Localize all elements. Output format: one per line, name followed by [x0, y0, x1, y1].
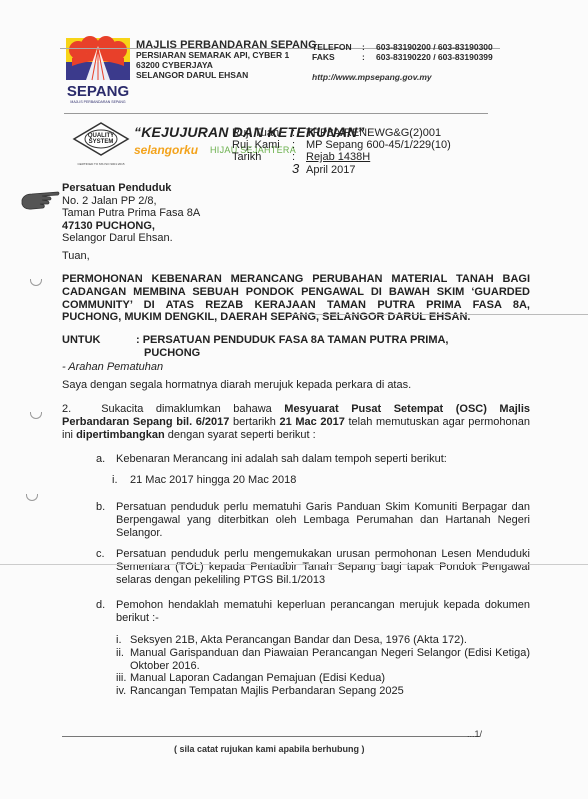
untuk-block: UNTUK: PERSATUAN PENDUDUK FASA 8A TAMAN … [62, 334, 449, 359]
reference-block: Ruj. Tuan:TPP8A/RENEWG&G(2)001 Ruj. Kami… [232, 127, 451, 176]
document-item: iv.Rancangan Tempatan Majlis Perbandaran… [116, 685, 530, 698]
fax-row: FAKS:603-83190220 / 603-83190399 [312, 52, 493, 62]
document-item: ii.Manual Garispanduan dan Piawaian Pera… [116, 647, 530, 673]
phone-row: TELEFON:603-83190200 / 603-83190300 [312, 42, 493, 52]
handwritten-day: 3 [292, 163, 306, 175]
scan-line [290, 314, 588, 315]
header-divider [64, 113, 488, 114]
page-continuation: ...1/ [467, 729, 482, 739]
condition-a-sub-i: i.21 Mac 2017 hingga 20 Mac 2018 [112, 474, 296, 487]
paragraph-2: 2.Sukacita dimaklumkan bahawa Mesyuarat … [62, 403, 530, 441]
opening-paragraph: Saya dengan segala hormatnya diarah meru… [62, 379, 411, 392]
svg-text:MAJLIS PERBANDARAN SEPANG: MAJLIS PERBANDARAN SEPANG [70, 100, 125, 104]
document-item: i.Seksyen 21B, Akta Perancangan Bandar d… [116, 634, 530, 647]
condition-b: b. Persatuan penduduk perlu mematuhi Gar… [96, 501, 530, 539]
contact-block: TELEFON:603-83190200 / 603-83190300 FAKS… [312, 42, 493, 62]
phone-value: 603-83190200 / 603-83190300 [376, 42, 493, 52]
address-line: PERSIARAN SEMARAK API, CYBER 1 [136, 50, 317, 60]
condition-d-document-list: i.Seksyen 21B, Akta Perancangan Bandar d… [116, 634, 530, 698]
punch-hole-mark [30, 412, 42, 419]
ref-kami-row: Ruj. Kami:MP Sepang 600-45/1/229(10) [232, 139, 451, 151]
address-line: SELANGOR DARUL EHSAN [136, 70, 317, 80]
quality-system-badge: QUALITY SYSTEM CERTIFIED TO MS ISO 9001:… [68, 121, 134, 173]
punch-hole-mark [26, 494, 38, 501]
footer-note: ( sila catat rujukan kami apabila berhub… [174, 744, 365, 754]
pointing-hand-icon [20, 188, 60, 216]
organization-block: MAJLIS PERBANDARAN SEPANG PERSIARAN SEMA… [136, 40, 317, 80]
address-line: 63200 CYBERJAYA [136, 60, 317, 70]
salutation: Tuan, [62, 250, 90, 262]
svg-text:SYSTEM: SYSTEM [89, 139, 114, 145]
sepang-logo: SEPANG MAJLIS PERBANDARAN SEPANG [64, 36, 132, 106]
condition-d: d. Pemohon hendaklah mematuhi keperluan … [96, 599, 530, 625]
condition-a: a.Kebenaran Merancang ini adalah sah dal… [96, 453, 447, 466]
ref-tuan-row: Ruj. Tuan:TPP8A/RENEWG&G(2)001 [232, 127, 451, 139]
scan-line [0, 564, 588, 565]
recipient-name: Persatuan Penduduk [62, 182, 200, 195]
date-row: Tarikh:Rejab 1438H [232, 151, 451, 163]
svg-text:CERTIFIED TO MS ISO 9001:2015: CERTIFIED TO MS ISO 9001:2015 [77, 162, 124, 166]
date-gregorian-row: 3April 2017 [232, 163, 451, 176]
condition-c: c. Persatuan penduduk perlu mengemukakan… [96, 548, 530, 586]
punch-hole-mark [30, 279, 42, 286]
footer-divider [62, 736, 480, 737]
selangorku-logo: selangorku [134, 143, 198, 157]
svg-text:SEPANG: SEPANG [67, 83, 129, 100]
website-link[interactable]: http://www.mpsepang.gov.my [312, 72, 432, 82]
recipient-address: Persatuan Penduduk No. 2 Jalan PP 2/8, T… [62, 182, 200, 245]
fax-value: 603-83190220 / 603-83190399 [376, 52, 493, 62]
subject-heading: PERMOHONAN KEBENARAN MERANCANG PERUBAHAN… [62, 273, 530, 324]
document-item: iii.Manual Laporan Cadangan Pemajuan (Ed… [116, 672, 530, 685]
arahan-note: - Arahan Pematuhan [62, 361, 163, 373]
